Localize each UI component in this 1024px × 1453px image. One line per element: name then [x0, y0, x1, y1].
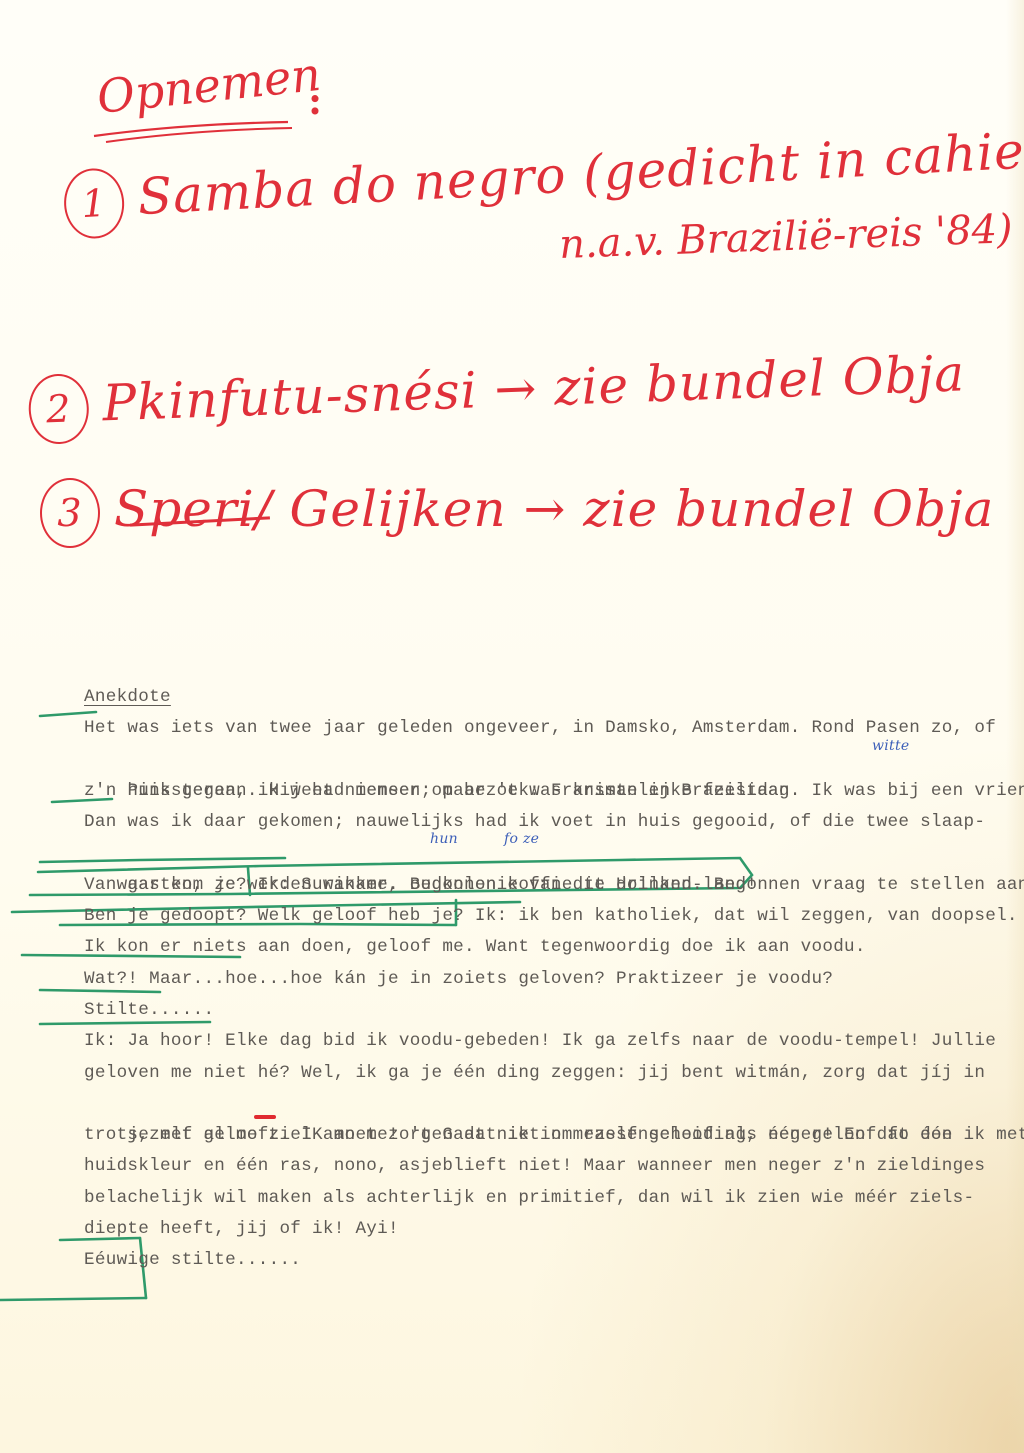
- title-underline: [92, 120, 292, 144]
- typed-line: Dan was ik daar gekomen; nauwelijks had …: [84, 807, 1004, 838]
- typed-line: z'n huis gegaan. Hij had mensen op bezoe…: [84, 776, 1004, 807]
- handwritten-item-3: 3Speri/ Gelijken → zie bundel Obja: [40, 478, 994, 548]
- typed-line: Ik: Ja hoor! Elke dag bid ik voodu-gebed…: [84, 1026, 1004, 1057]
- typed-line: Pinksteren, ik weet niemeer; maar 't was…: [84, 745, 1004, 776]
- typed-line: Vanwaar kom je? Ik: Suriname, oudkolonie…: [84, 870, 1004, 901]
- handwritten-notes: Opnemen : 1Samba do negro (gedicht in ca…: [0, 0, 1024, 620]
- typed-line: Eéuwige stilte......: [84, 1245, 1004, 1276]
- struck-text: Speri: [114, 480, 255, 538]
- typed-line: diepte heeft, jij of ik! Ayi!: [84, 1214, 1004, 1245]
- item-text: / Gelijken → zie bundel Obja: [255, 480, 995, 538]
- typed-line: jezelf gelooft. IK moet zorgen dat ik in…: [84, 1089, 1004, 1120]
- typed-line: Wat?! Maar...hoe...hoe kán je in zoiets …: [84, 964, 1004, 995]
- handwritten-title-colon: :: [308, 78, 322, 123]
- section-heading: Anekdote: [84, 682, 1004, 713]
- annotation-witte: witte: [872, 731, 910, 762]
- typed-line: Het was iets van twee jaar geleden ongev…: [84, 713, 1004, 744]
- typed-line: Ben je gedoopt? Welk geloof heb je? Ik: …: [84, 901, 1004, 932]
- item-number-circle: 1: [62, 167, 126, 240]
- annotation-hun: hun: [430, 824, 458, 855]
- typed-line: geloven me niet hé? Wel, ik ga je één di…: [84, 1058, 1004, 1089]
- typed-line: belachelijk wil maken als achterlijk en …: [84, 1183, 1004, 1214]
- typed-anecdote: Anekdote Het was iets van twee jaar gele…: [84, 682, 1004, 1277]
- handwritten-item-1-continuation: n.a.v. Brazilië-reis '84): [558, 206, 1013, 268]
- handwritten-title: Opnemen: [94, 47, 323, 124]
- red-underline-ik: [254, 1115, 276, 1119]
- typed-line: Ik kon er niets aan doen, geloof me. Wan…: [84, 932, 1004, 963]
- item-text: Pkinfutu-snési → zie bundel Obja: [102, 344, 966, 432]
- typed-line: trots, met al me ziel aan me! 't Gaat ni…: [84, 1120, 1004, 1151]
- typed-line: Stilte......: [84, 995, 1004, 1026]
- annotation-fo-ze: fo ze: [504, 824, 539, 855]
- item-number-circle: 2: [28, 373, 90, 445]
- typed-line: huidskleur en één ras, nono, asjeblieft …: [84, 1151, 1004, 1182]
- handwritten-item-2: 2Pkinfutu-snési → zie bundel Obja: [28, 342, 967, 445]
- typed-line: gasten, ze werden wakker. Begonnen koffi…: [84, 838, 1004, 869]
- item-number-circle: 3: [40, 478, 100, 548]
